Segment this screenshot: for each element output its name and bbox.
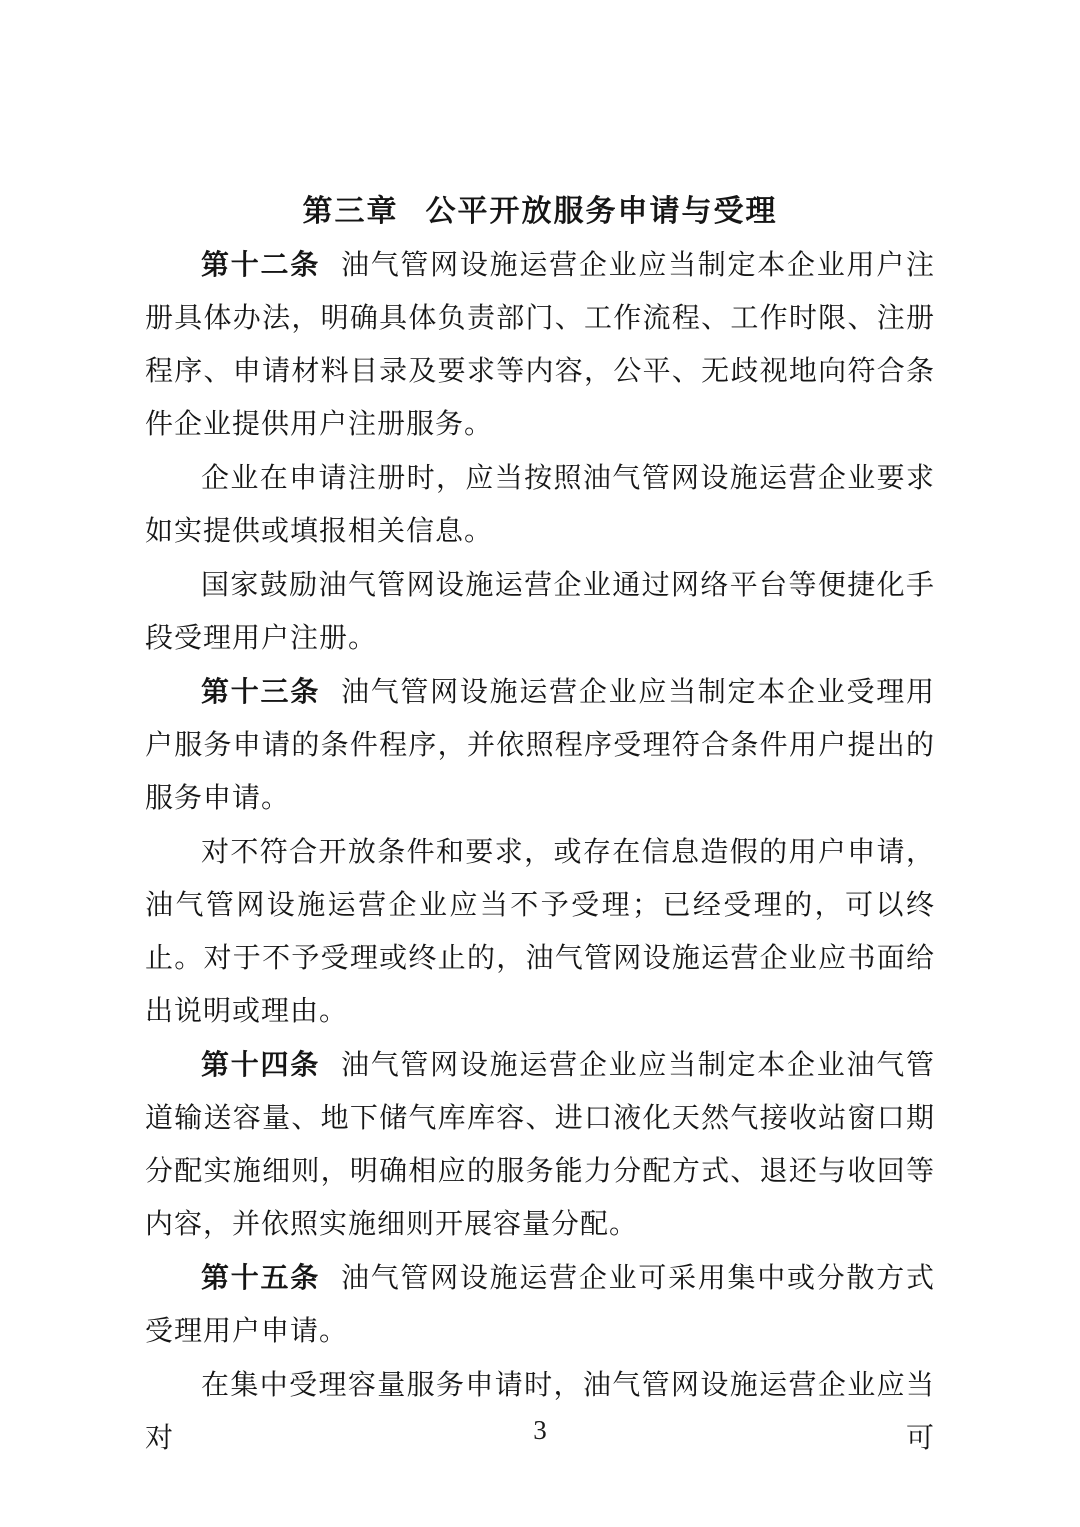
paragraph-article-13: 第十三条油气管网设施运营企业应当制定本企业受理用户服务申请的条件程序，并依照程序… [145,665,935,825]
paragraph-text: 企业在申请注册时，应当按照油气管网设施运营企业要求如实提供或填报相关信息。 [145,463,935,547]
article-13-number: 第十三条 [201,676,320,707]
article-15-number: 第十五条 [201,1262,320,1293]
paragraph-text: 对不符合开放条件和要求，或存在信息造假的用户申请，油气管网设施运营企业应当不予受… [145,837,935,1027]
chapter-heading: 第三章公平开放服务申请与受理 [145,185,935,238]
paragraph-article-15: 第十五条油气管网设施运营企业可采用集中或分散方式受理用户申请。 [145,1251,935,1358]
article-12-number: 第十二条 [201,249,320,280]
document-page: 第三章公平开放服务申请与受理 第十二条油气管网设施运营企业应当制定本企业用户注册… [145,0,935,1465]
chapter-label: 第三章 [303,195,399,228]
article-14-number: 第十四条 [201,1049,320,1080]
paragraph-article-12: 第十二条油气管网设施运营企业应当制定本企业用户注册具体办法，明确具体负责部门、工… [145,238,935,451]
paragraph-article-14: 第十四条油气管网设施运营企业应当制定本企业油气管道输送容量、地下储气库库容、进口… [145,1038,935,1251]
paragraph: 国家鼓励油气管网设施运营企业通过网络平台等便捷化手段受理用户注册。 [145,558,935,665]
chapter-title: 公平开放服务申请与受理 [426,195,778,228]
paragraph: 对不符合开放条件和要求，或存在信息造假的用户申请，油气管网设施运营企业应当不予受… [145,825,935,1038]
paragraph: 企业在申请注册时，应当按照油气管网设施运营企业要求如实提供或填报相关信息。 [145,451,935,558]
paragraph-text: 国家鼓励油气管网设施运营企业通过网络平台等便捷化手段受理用户注册。 [145,570,935,654]
page-number: 3 [0,1412,1080,1448]
document-body: 第十二条油气管网设施运营企业应当制定本企业用户注册具体办法，明确具体负责部门、工… [145,238,935,1465]
